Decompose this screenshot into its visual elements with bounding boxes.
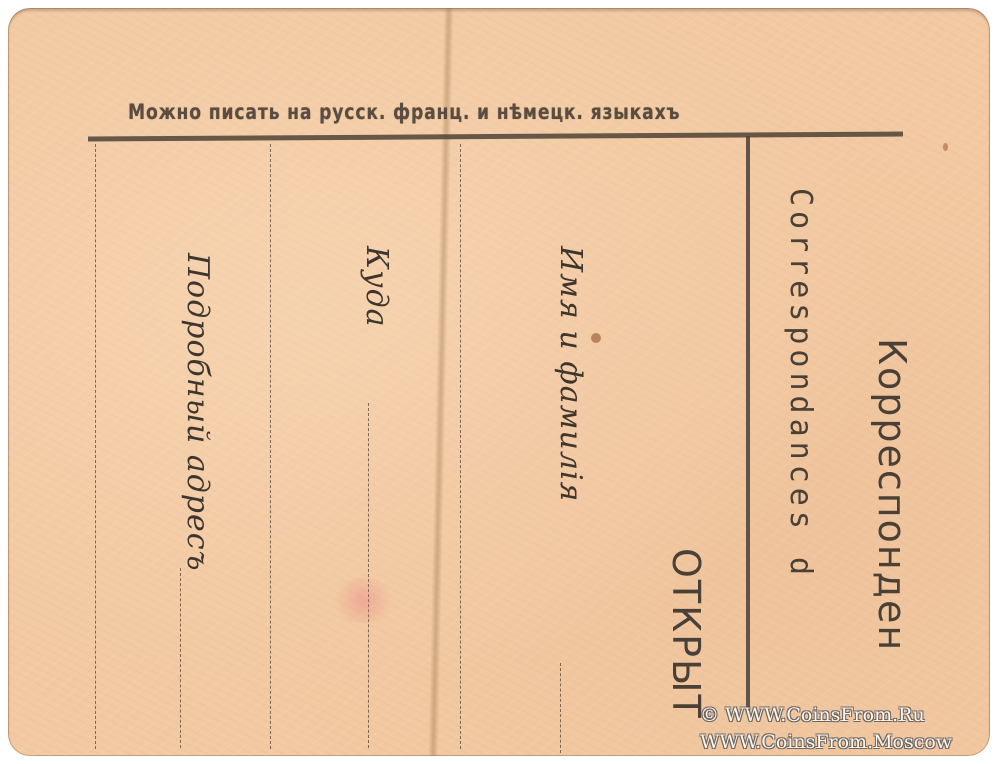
- watermark-line-2: WWW.CoinsFrom.Moscow: [700, 731, 952, 753]
- address-divider-line: [746, 136, 750, 711]
- language-instruction-header: Можно писать на русск. франц. и нѣмецк. …: [128, 100, 751, 124]
- dashed-line-5: [460, 144, 461, 749]
- korrespondents-stamp: Корреспонден: [870, 338, 914, 652]
- red-stamp-remnant: [328, 578, 398, 623]
- dashed-line-2: [270, 144, 271, 749]
- postcard-scan: Можно писать на русск. франц. и нѣмецк. …: [0, 0, 1000, 764]
- header-rule: [88, 132, 903, 142]
- dashed-line-6: [560, 663, 561, 753]
- brown-spot: [591, 333, 601, 343]
- dashed-line-1: [95, 144, 96, 749]
- where-label: Куда: [359, 246, 394, 328]
- dashed-line-3: [180, 568, 181, 748]
- otkryt-stamp: ОТКРЫТ: [664, 548, 708, 720]
- detailed-address-label: Подробный адресъ: [180, 253, 215, 572]
- dashed-line-4: [368, 403, 369, 748]
- correspondances-stamp: Correspondances d: [783, 188, 818, 580]
- small-spot: [943, 143, 948, 151]
- postcard-back: Можно писать на русск. франц. и нѣмецк. …: [8, 8, 990, 756]
- name-surname-label: Имя и фамилія: [553, 246, 588, 502]
- watermark-line-1: © WWW.CoinsFrom.Ru: [700, 704, 925, 726]
